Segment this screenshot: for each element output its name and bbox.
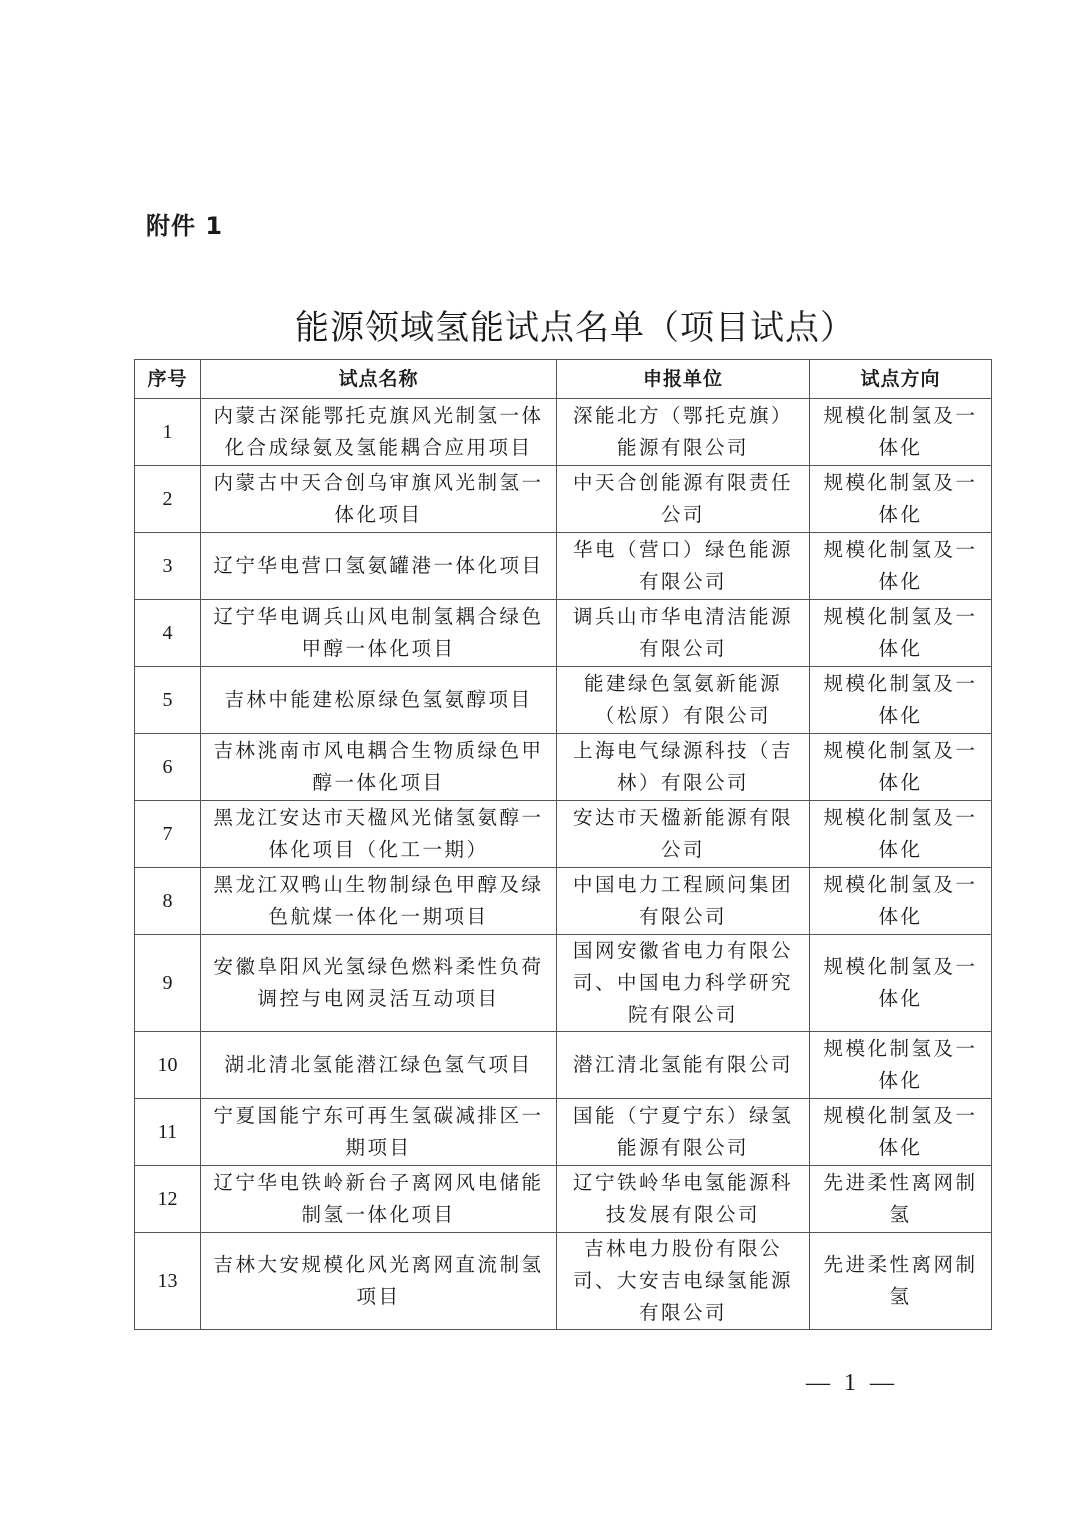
table-row: 13 吉林大安规模化风光离网直流制氢项目 吉林电力股份有限公司、大安吉电绿氢能源… (135, 1233, 992, 1330)
cell-applicant-unit: 国网安徽省电力有限公司、中国电力科学研究院有限公司 (557, 935, 810, 1032)
cell-pilot-name: 吉林洮南市风电耦合生物质绿色甲醇一体化项目 (201, 734, 557, 801)
cell-pilot-direction: 规模化制氢及一体化 (810, 868, 992, 935)
cell-serial-number: 3 (135, 533, 201, 600)
cell-pilot-name: 内蒙古中天合创乌审旗风光制氢一体化项目 (201, 466, 557, 533)
cell-pilot-name: 安徽阜阳风光氢绿色燃料柔性负荷调控与电网灵活互动项目 (201, 935, 557, 1032)
header-pilot-direction: 试点方向 (810, 360, 992, 399)
cell-pilot-name: 吉林中能建松原绿色氢氨醇项目 (201, 667, 557, 734)
cell-serial-number: 8 (135, 868, 201, 935)
table-row: 6 吉林洮南市风电耦合生物质绿色甲醇一体化项目 上海电气绿源科技（吉林）有限公司… (135, 734, 992, 801)
cell-pilot-direction: 规模化制氢及一体化 (810, 1032, 992, 1099)
cell-pilot-direction: 规模化制氢及一体化 (810, 801, 992, 868)
header-applicant-unit: 申报单位 (557, 360, 810, 399)
cell-applicant-unit: 深能北方（鄂托克旗）能源有限公司 (557, 399, 810, 466)
cell-pilot-name: 吉林大安规模化风光离网直流制氢项目 (201, 1233, 557, 1330)
table-row: 3 辽宁华电营口氢氨罐港一体化项目 华电（营口）绿色能源有限公司 规模化制氢及一… (135, 533, 992, 600)
table-row: 5 吉林中能建松原绿色氢氨醇项目 能建绿色氢氨新能源（松原）有限公司 规模化制氢… (135, 667, 992, 734)
cell-pilot-direction: 规模化制氢及一体化 (810, 533, 992, 600)
table-header-row: 序号 试点名称 申报单位 试点方向 (135, 360, 992, 399)
table-row: 4 辽宁华电调兵山风电制氢耦合绿色甲醇一体化项目 调兵山市华电清洁能源有限公司 … (135, 600, 992, 667)
cell-serial-number: 1 (135, 399, 201, 466)
cell-pilot-direction: 规模化制氢及一体化 (810, 466, 992, 533)
cell-serial-number: 9 (135, 935, 201, 1032)
cell-pilot-direction: 规模化制氢及一体化 (810, 600, 992, 667)
cell-pilot-name: 内蒙古深能鄂托克旗风光制氢一体化合成绿氨及氢能耦合应用项目 (201, 399, 557, 466)
cell-pilot-name: 辽宁华电营口氢氨罐港一体化项目 (201, 533, 557, 600)
table-row: 2 内蒙古中天合创乌审旗风光制氢一体化项目 中天合创能源有限责任公司 规模化制氢… (135, 466, 992, 533)
cell-pilot-name: 黑龙江安达市天楹风光储氢氨醇一体化项目（化工一期） (201, 801, 557, 868)
cell-applicant-unit: 潜江清北氢能有限公司 (557, 1032, 810, 1099)
cell-pilot-direction: 先进柔性离网制氢 (810, 1166, 992, 1233)
cell-pilot-name: 黑龙江双鸭山生物制绿色甲醇及绿色航煤一体化一期项目 (201, 868, 557, 935)
cell-pilot-direction: 规模化制氢及一体化 (810, 667, 992, 734)
attachment-label: 附件 1 (146, 206, 223, 241)
cell-pilot-name: 辽宁华电铁岭新台子离网风电储能制氢一体化项目 (201, 1166, 557, 1233)
table-row: 11 宁夏国能宁东可再生氢碳减排区一期项目 国能（宁夏宁东）绿氢能源有限公司 规… (135, 1099, 992, 1166)
table-row: 1 内蒙古深能鄂托克旗风光制氢一体化合成绿氨及氢能耦合应用项目 深能北方（鄂托克… (135, 399, 992, 466)
cell-serial-number: 5 (135, 667, 201, 734)
cell-serial-number: 13 (135, 1233, 201, 1330)
table-row: 10 湖北清北氢能潜江绿色氢气项目 潜江清北氢能有限公司 规模化制氢及一体化 (135, 1032, 992, 1099)
cell-pilot-direction: 规模化制氢及一体化 (810, 935, 992, 1032)
cell-applicant-unit: 国能（宁夏宁东）绿氢能源有限公司 (557, 1099, 810, 1166)
cell-pilot-name: 辽宁华电调兵山风电制氢耦合绿色甲醇一体化项目 (201, 600, 557, 667)
header-serial-number: 序号 (135, 360, 201, 399)
cell-pilot-direction: 规模化制氢及一体化 (810, 734, 992, 801)
cell-serial-number: 6 (135, 734, 201, 801)
cell-applicant-unit: 辽宁铁岭华电氢能源科技发展有限公司 (557, 1166, 810, 1233)
cell-applicant-unit: 中国电力工程顾问集团有限公司 (557, 868, 810, 935)
table-row: 9 安徽阜阳风光氢绿色燃料柔性负荷调控与电网灵活互动项目 国网安徽省电力有限公司… (135, 935, 992, 1032)
document-title: 能源领域氢能试点名单（项目试点） (0, 300, 1080, 349)
table-row: 8 黑龙江双鸭山生物制绿色甲醇及绿色航煤一体化一期项目 中国电力工程顾问集团有限… (135, 868, 992, 935)
cell-serial-number: 2 (135, 466, 201, 533)
cell-applicant-unit: 安达市天楹新能源有限公司 (557, 801, 810, 868)
table-row: 7 黑龙江安达市天楹风光储氢氨醇一体化项目（化工一期） 安达市天楹新能源有限公司… (135, 801, 992, 868)
header-pilot-name: 试点名称 (201, 360, 557, 399)
cell-pilot-name: 宁夏国能宁东可再生氢碳减排区一期项目 (201, 1099, 557, 1166)
cell-pilot-direction: 规模化制氢及一体化 (810, 399, 992, 466)
cell-pilot-direction: 规模化制氢及一体化 (810, 1099, 992, 1166)
table-row: 12 辽宁华电铁岭新台子离网风电储能制氢一体化项目 辽宁铁岭华电氢能源科技发展有… (135, 1166, 992, 1233)
cell-serial-number: 10 (135, 1032, 201, 1099)
cell-pilot-direction: 先进柔性离网制氢 (810, 1233, 992, 1330)
cell-serial-number: 12 (135, 1166, 201, 1233)
cell-applicant-unit: 中天合创能源有限责任公司 (557, 466, 810, 533)
cell-serial-number: 7 (135, 801, 201, 868)
cell-pilot-name: 湖北清北氢能潜江绿色氢气项目 (201, 1032, 557, 1099)
pilot-list-table: 序号 试点名称 申报单位 试点方向 1 内蒙古深能鄂托克旗风光制氢一体化合成绿氨… (134, 359, 992, 1330)
cell-applicant-unit: 吉林电力股份有限公司、大安吉电绿氢能源有限公司 (557, 1233, 810, 1330)
cell-serial-number: 4 (135, 600, 201, 667)
page-number: — 1 — (806, 1370, 898, 1397)
cell-applicant-unit: 能建绿色氢氨新能源（松原）有限公司 (557, 667, 810, 734)
cell-applicant-unit: 调兵山市华电清洁能源有限公司 (557, 600, 810, 667)
cell-applicant-unit: 华电（营口）绿色能源有限公司 (557, 533, 810, 600)
cell-applicant-unit: 上海电气绿源科技（吉林）有限公司 (557, 734, 810, 801)
cell-serial-number: 11 (135, 1099, 201, 1166)
